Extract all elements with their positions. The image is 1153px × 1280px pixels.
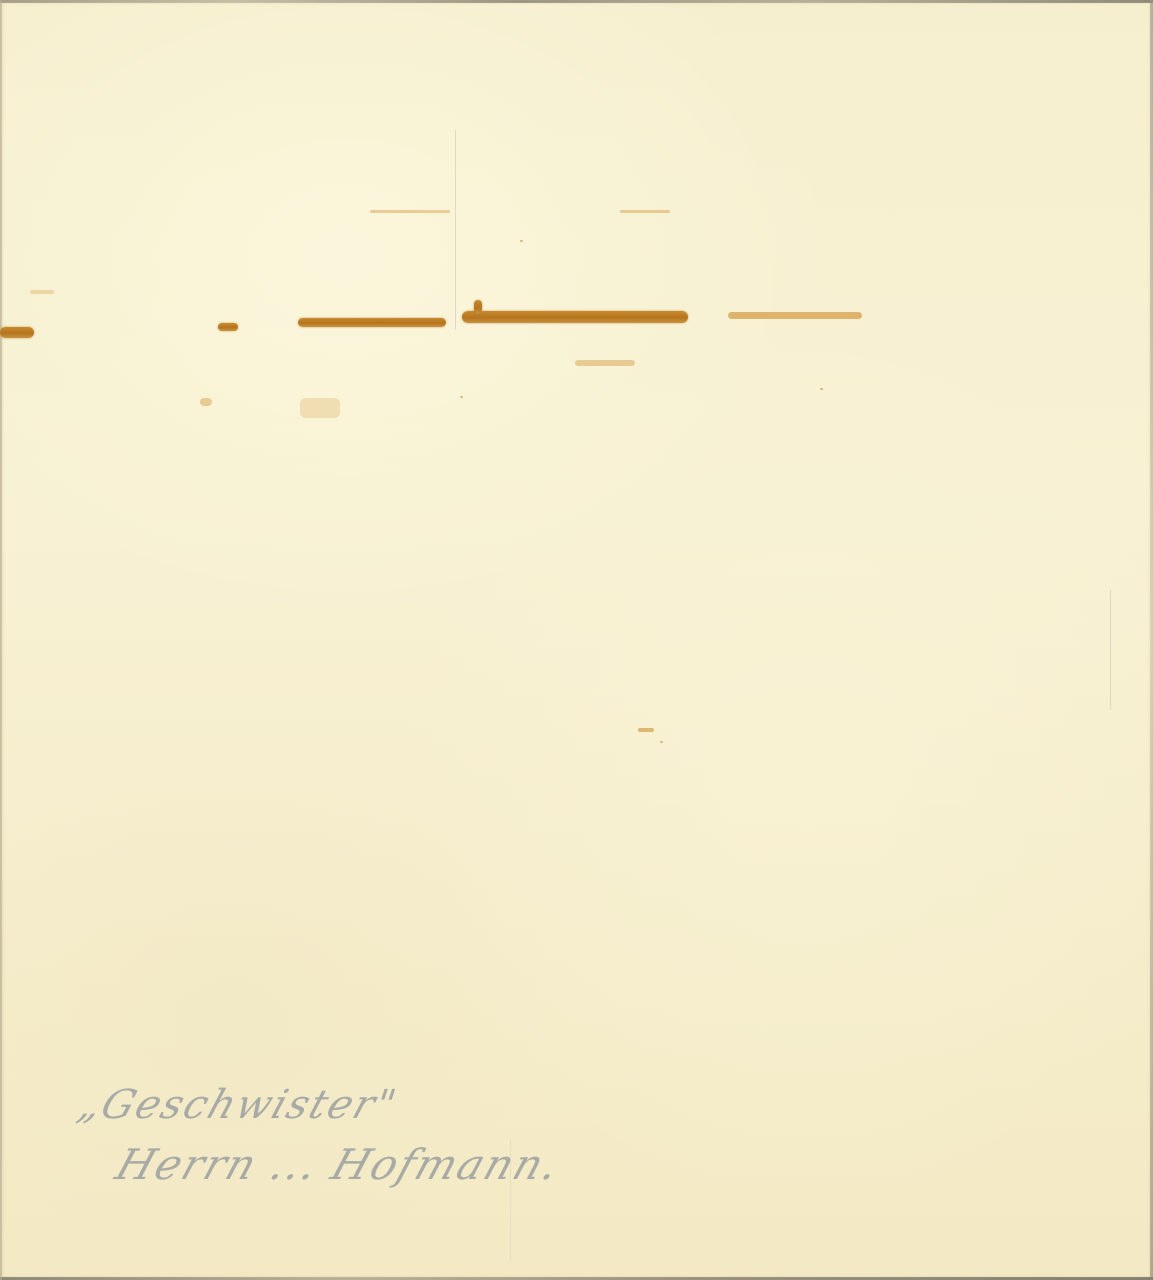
card-edge-left [0,0,2,1280]
glue-stain [218,323,238,331]
faint-stain [30,290,54,294]
speck [520,240,523,242]
photo-card-back: „Geschwister" Herrn ... Hofmann. [0,0,1153,1280]
scratch [1110,590,1111,710]
glue-stain [0,327,34,338]
faint-stain [620,210,670,213]
speck [460,396,463,398]
pencil-inscription-name: Herrn ... Hofmann. [110,1140,567,1189]
speck [820,388,823,390]
glue-stain [728,312,862,319]
card-edge-top [0,0,1153,3]
speck [660,741,663,743]
faint-stain [300,398,340,418]
glue-stain [462,311,688,323]
scratch [455,130,456,330]
faint-stain [575,360,635,366]
glue-stain [474,300,482,314]
faint-stain [638,728,654,732]
glue-stain [298,318,446,327]
pencil-inscription-title: „Geschwister" [73,1082,404,1128]
faint-stain [200,398,212,406]
faint-stain [370,210,450,213]
